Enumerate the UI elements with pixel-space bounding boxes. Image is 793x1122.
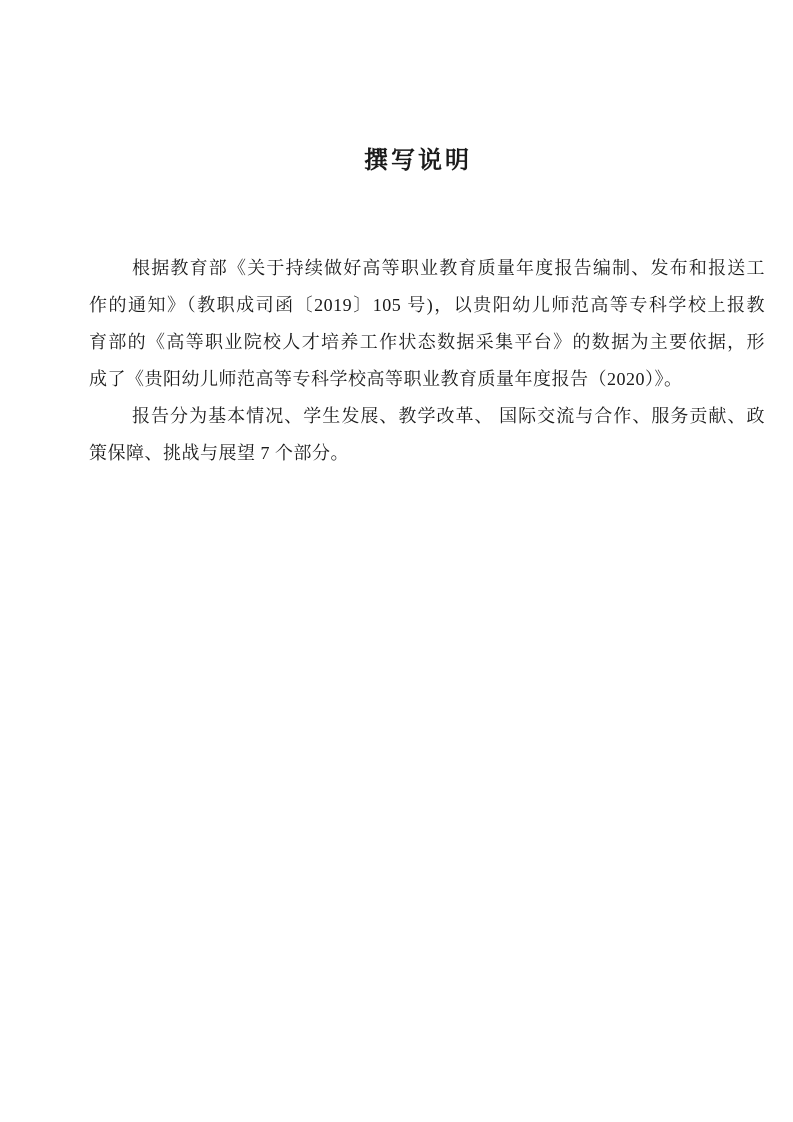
paragraph-line: 根据教育部《关于持续做好高等职业教育质量年度报告编制、发布和报送工 (89, 250, 765, 287)
paragraph-line: 育部的《高等职业院校人才培养工作状态数据采集平台》的数据为主要依据，形 (89, 324, 765, 361)
paragraph: 根据教育部《关于持续做好高等职业教育质量年度报告编制、发布和报送工 作的通知》（… (89, 250, 765, 398)
page-title: 撰写说明 (0, 0, 793, 177)
paragraph-line: 报告分为基本情况、学生发展、教学改革、 国际交流与合作、服务贡献、政 (89, 398, 765, 435)
paragraph-line: 作的通知》（教职成司函〔2019〕105 号)，以贵阳幼儿师范高等专科学校上报教 (89, 287, 765, 324)
document-page: 撰写说明 根据教育部《关于持续做好高等职业教育质量年度报告编制、发布和报送工 作… (0, 0, 793, 1122)
paragraph-line: 策保障、挑战与展望 7 个部分。 (89, 435, 765, 472)
paragraph-line: 成了《贵阳幼儿师范高等专科学校高等职业教育质量年度报告（2020）》。 (89, 361, 765, 398)
paragraph: 报告分为基本情况、学生发展、教学改革、 国际交流与合作、服务贡献、政 策保障、挑… (89, 398, 765, 472)
document-body: 根据教育部《关于持续做好高等职业教育质量年度报告编制、发布和报送工 作的通知》（… (89, 250, 765, 472)
